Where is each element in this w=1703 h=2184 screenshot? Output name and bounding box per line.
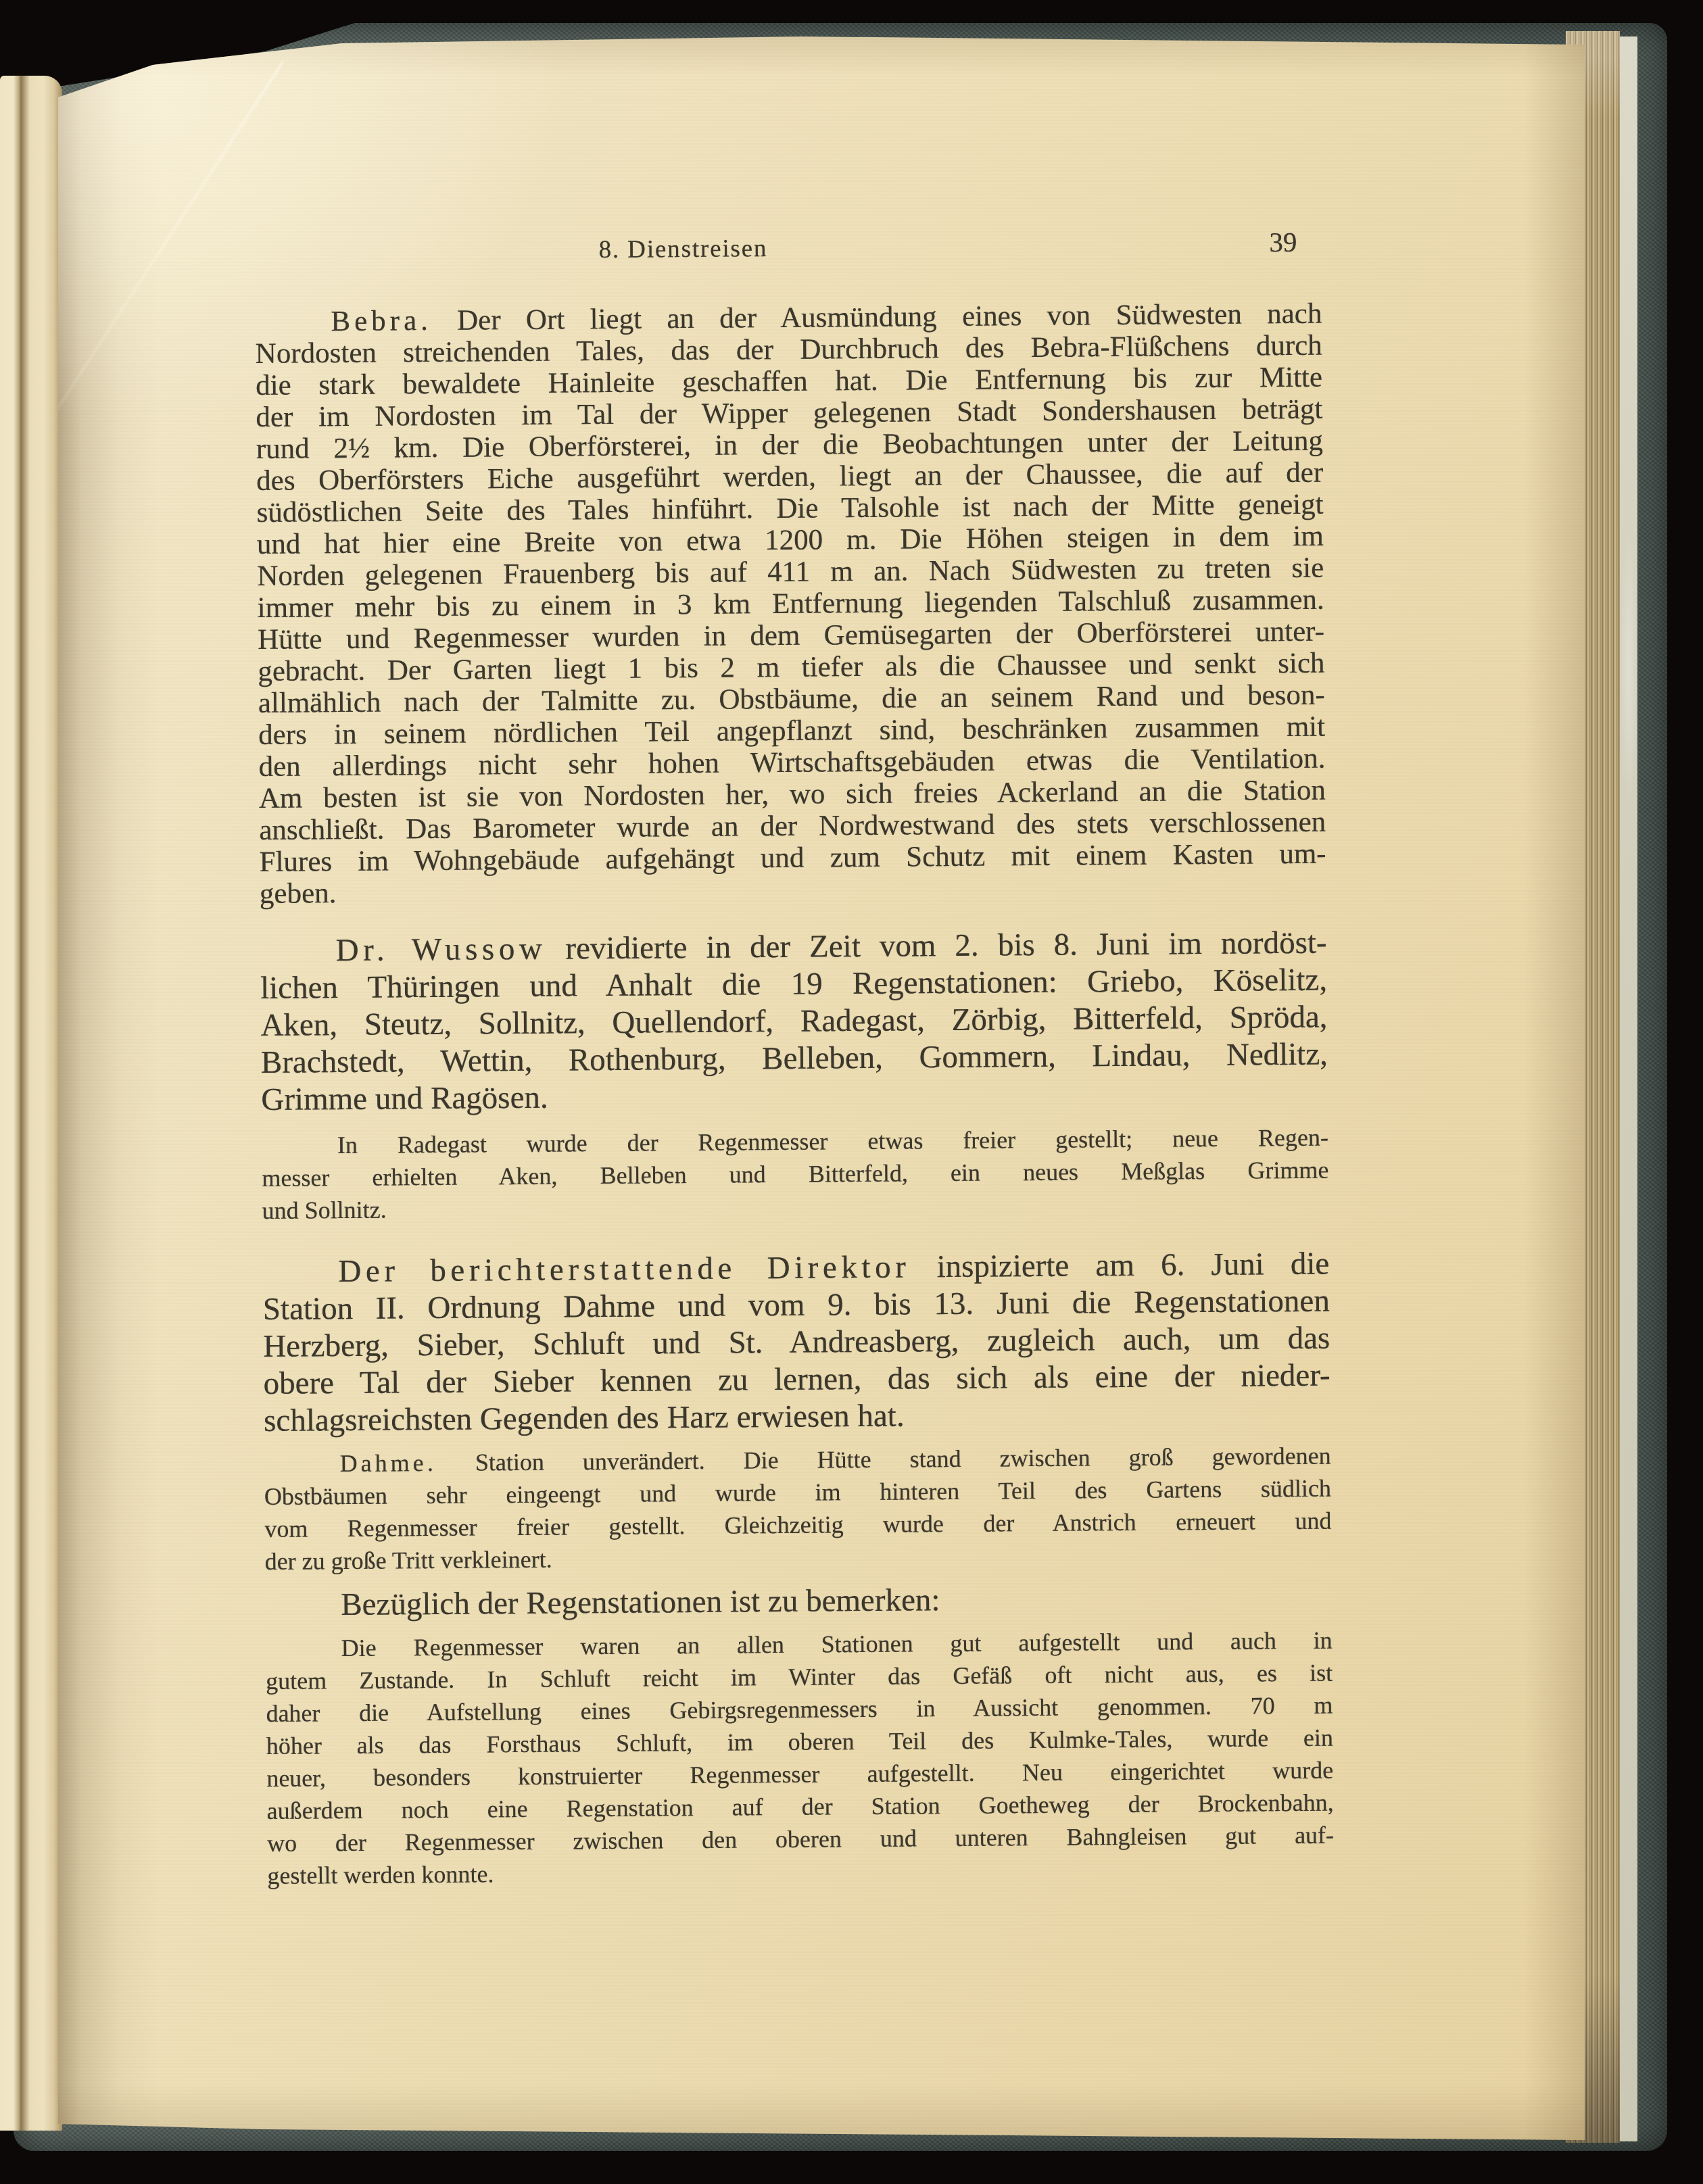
letterspaced-keyword: Dr. Wussow: [335, 931, 546, 968]
facing-page-sliver: [0, 76, 62, 2131]
text-line: Grimme und Ragösen.: [261, 1073, 1328, 1119]
paragraph: Bezüglich der Regenstationen ist zu beme…: [265, 1579, 1332, 1624]
letterspaced-keyword: Dahme.: [339, 1449, 437, 1477]
text-paragraphs: Bebra. Der Ort liegt an der Ausmündung e…: [255, 298, 1334, 1892]
endpaper-strip: [1620, 37, 1637, 2141]
letterspaced-keyword: Der berichterstattende Direktor: [338, 1249, 910, 1289]
header-title: 8. Dienstreisen: [149, 230, 1216, 268]
running-header: 8. Dienstreisen 39: [254, 230, 1321, 273]
book-page: 8. Dienstreisen 39 Bebra. Der Ort liegt …: [58, 35, 1585, 2144]
scan-background: 8. Dienstreisen 39 Bebra. Der Ort liegt …: [0, 0, 1703, 2184]
paragraph: Bebra. Der Ort liegt an der Ausmündung e…: [255, 298, 1326, 910]
paragraph: Dr. Wussow revidierte in der Zeit vom 2.…: [260, 925, 1328, 1119]
text-line: schlagsreichsten Gegenden des Harz erwie…: [264, 1394, 1330, 1440]
letterspaced-keyword: Bebra.: [331, 305, 432, 337]
text-block: 8. Dienstreisen 39 Bebra. Der Ort liegt …: [254, 230, 1334, 1892]
paragraph: In Radegast wurde der Regenmesser etwas …: [262, 1121, 1329, 1227]
page-number: 39: [1269, 227, 1297, 257]
paragraph: Dahme. Station unverändert. Die Hütte st…: [264, 1440, 1331, 1578]
paragraph: Der berichterstattende Direktor inspizie…: [262, 1246, 1330, 1440]
paragraph: Die Regenmesser waren an allen Stationen…: [266, 1624, 1335, 1892]
text-line: Bezüglich der Regenstationen ist zu beme…: [265, 1579, 1332, 1624]
